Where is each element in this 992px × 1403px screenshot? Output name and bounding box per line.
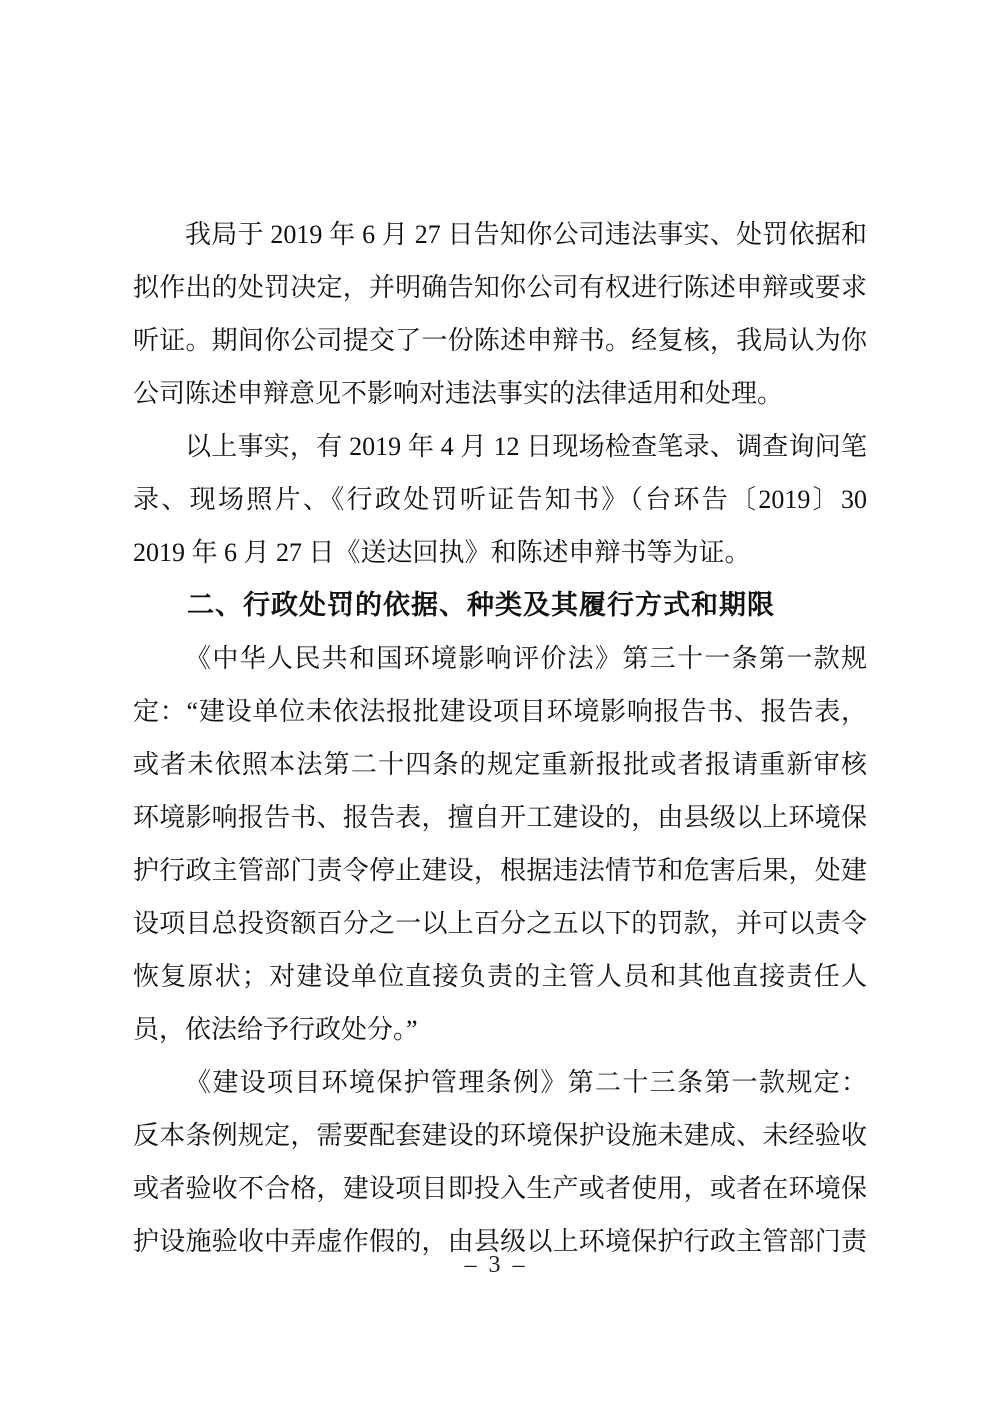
- page-background: 我局于 2019 年 6 月 27 日告知你公司违法事实、处罚依据和拟作出的处罚…: [0, 0, 992, 1403]
- text-line: 恢复原状；对建设单位直接负责的主管人员和其他直接责任人: [133, 950, 867, 1003]
- text-line: 环境影响报告书、报告表，擅自开工建设的，由县级以上环境保: [133, 791, 867, 844]
- paragraph: 《建设项目环境保护管理条例》第二十三条第一款规定：“违反本条例规定，需要配套建设…: [133, 1056, 867, 1268]
- text-line: 以上事实，有 2019 年 4 月 12 日现场检查笔录、调查询问笔: [133, 420, 867, 473]
- page-number: – 3 –: [465, 1252, 528, 1278]
- document-page: { "document": { "language": "zh-CN", "pa…: [0, 0, 992, 1403]
- text-line: 反本条例规定，需要配套建设的环境保护设施未建成、未经验收: [133, 1109, 867, 1162]
- text-line: 2019 年 6 月 27 日《送达回执》和陈述申辩书等为证。: [133, 526, 867, 579]
- text-line: 《中华人民共和国环境影响评价法》第三十一条第一款规: [133, 632, 867, 685]
- page-footer: – 3 –: [0, 1248, 992, 1282]
- text-line: 设项目总投资额百分之一以上百分之五以下的罚款，并可以责令: [133, 897, 867, 950]
- text-line: 护行政主管部门责令停止建设，根据违法情节和危害后果，处建: [133, 844, 867, 897]
- section-heading: 二、行政处罚的依据、种类及其履行方式和期限: [133, 579, 867, 632]
- text-line: 公司陈述申辩意见不影响对违法事实的法律适用和处理。: [133, 367, 867, 420]
- text-line: 我局于 2019 年 6 月 27 日告知你公司违法事实、处罚依据和: [133, 208, 867, 261]
- document-body: 我局于 2019 年 6 月 27 日告知你公司违法事实、处罚依据和拟作出的处罚…: [133, 208, 867, 1268]
- text-line: 听证。期间你公司提交了一份陈述申辩书。经复核，我局认为你: [133, 314, 867, 367]
- paragraph: 以上事实，有 2019 年 4 月 12 日现场检查笔录、调查询问笔录、现场照片…: [133, 420, 867, 579]
- paragraph: 我局于 2019 年 6 月 27 日告知你公司违法事实、处罚依据和拟作出的处罚…: [133, 208, 867, 420]
- text-line: 或者未依照本法第二十四条的规定重新报批或者报请重新审核: [133, 738, 867, 791]
- text-line: 录、现场照片、《行政处罚听证告知书》（台环告〔2019〕30 号）、: [133, 473, 867, 526]
- text-line: 《建设项目环境保护管理条例》第二十三条第一款规定：“违: [133, 1056, 867, 1109]
- text-line: 拟作出的处罚决定，并明确告知你公司有权进行陈述申辩或要求: [133, 261, 867, 314]
- text-line: 或者验收不合格，建设项目即投入生产或者使用，或者在环境保: [133, 1162, 867, 1215]
- heading-line: 二、行政处罚的依据、种类及其履行方式和期限: [133, 579, 867, 632]
- text-line: 员，依法给予行政处分。”: [133, 1003, 867, 1056]
- text-line: 定：“建设单位未依法报批建设项目环境影响报告书、报告表，: [133, 685, 867, 738]
- paragraph: 《中华人民共和国环境影响评价法》第三十一条第一款规定：“建设单位未依法报批建设项…: [133, 632, 867, 1056]
